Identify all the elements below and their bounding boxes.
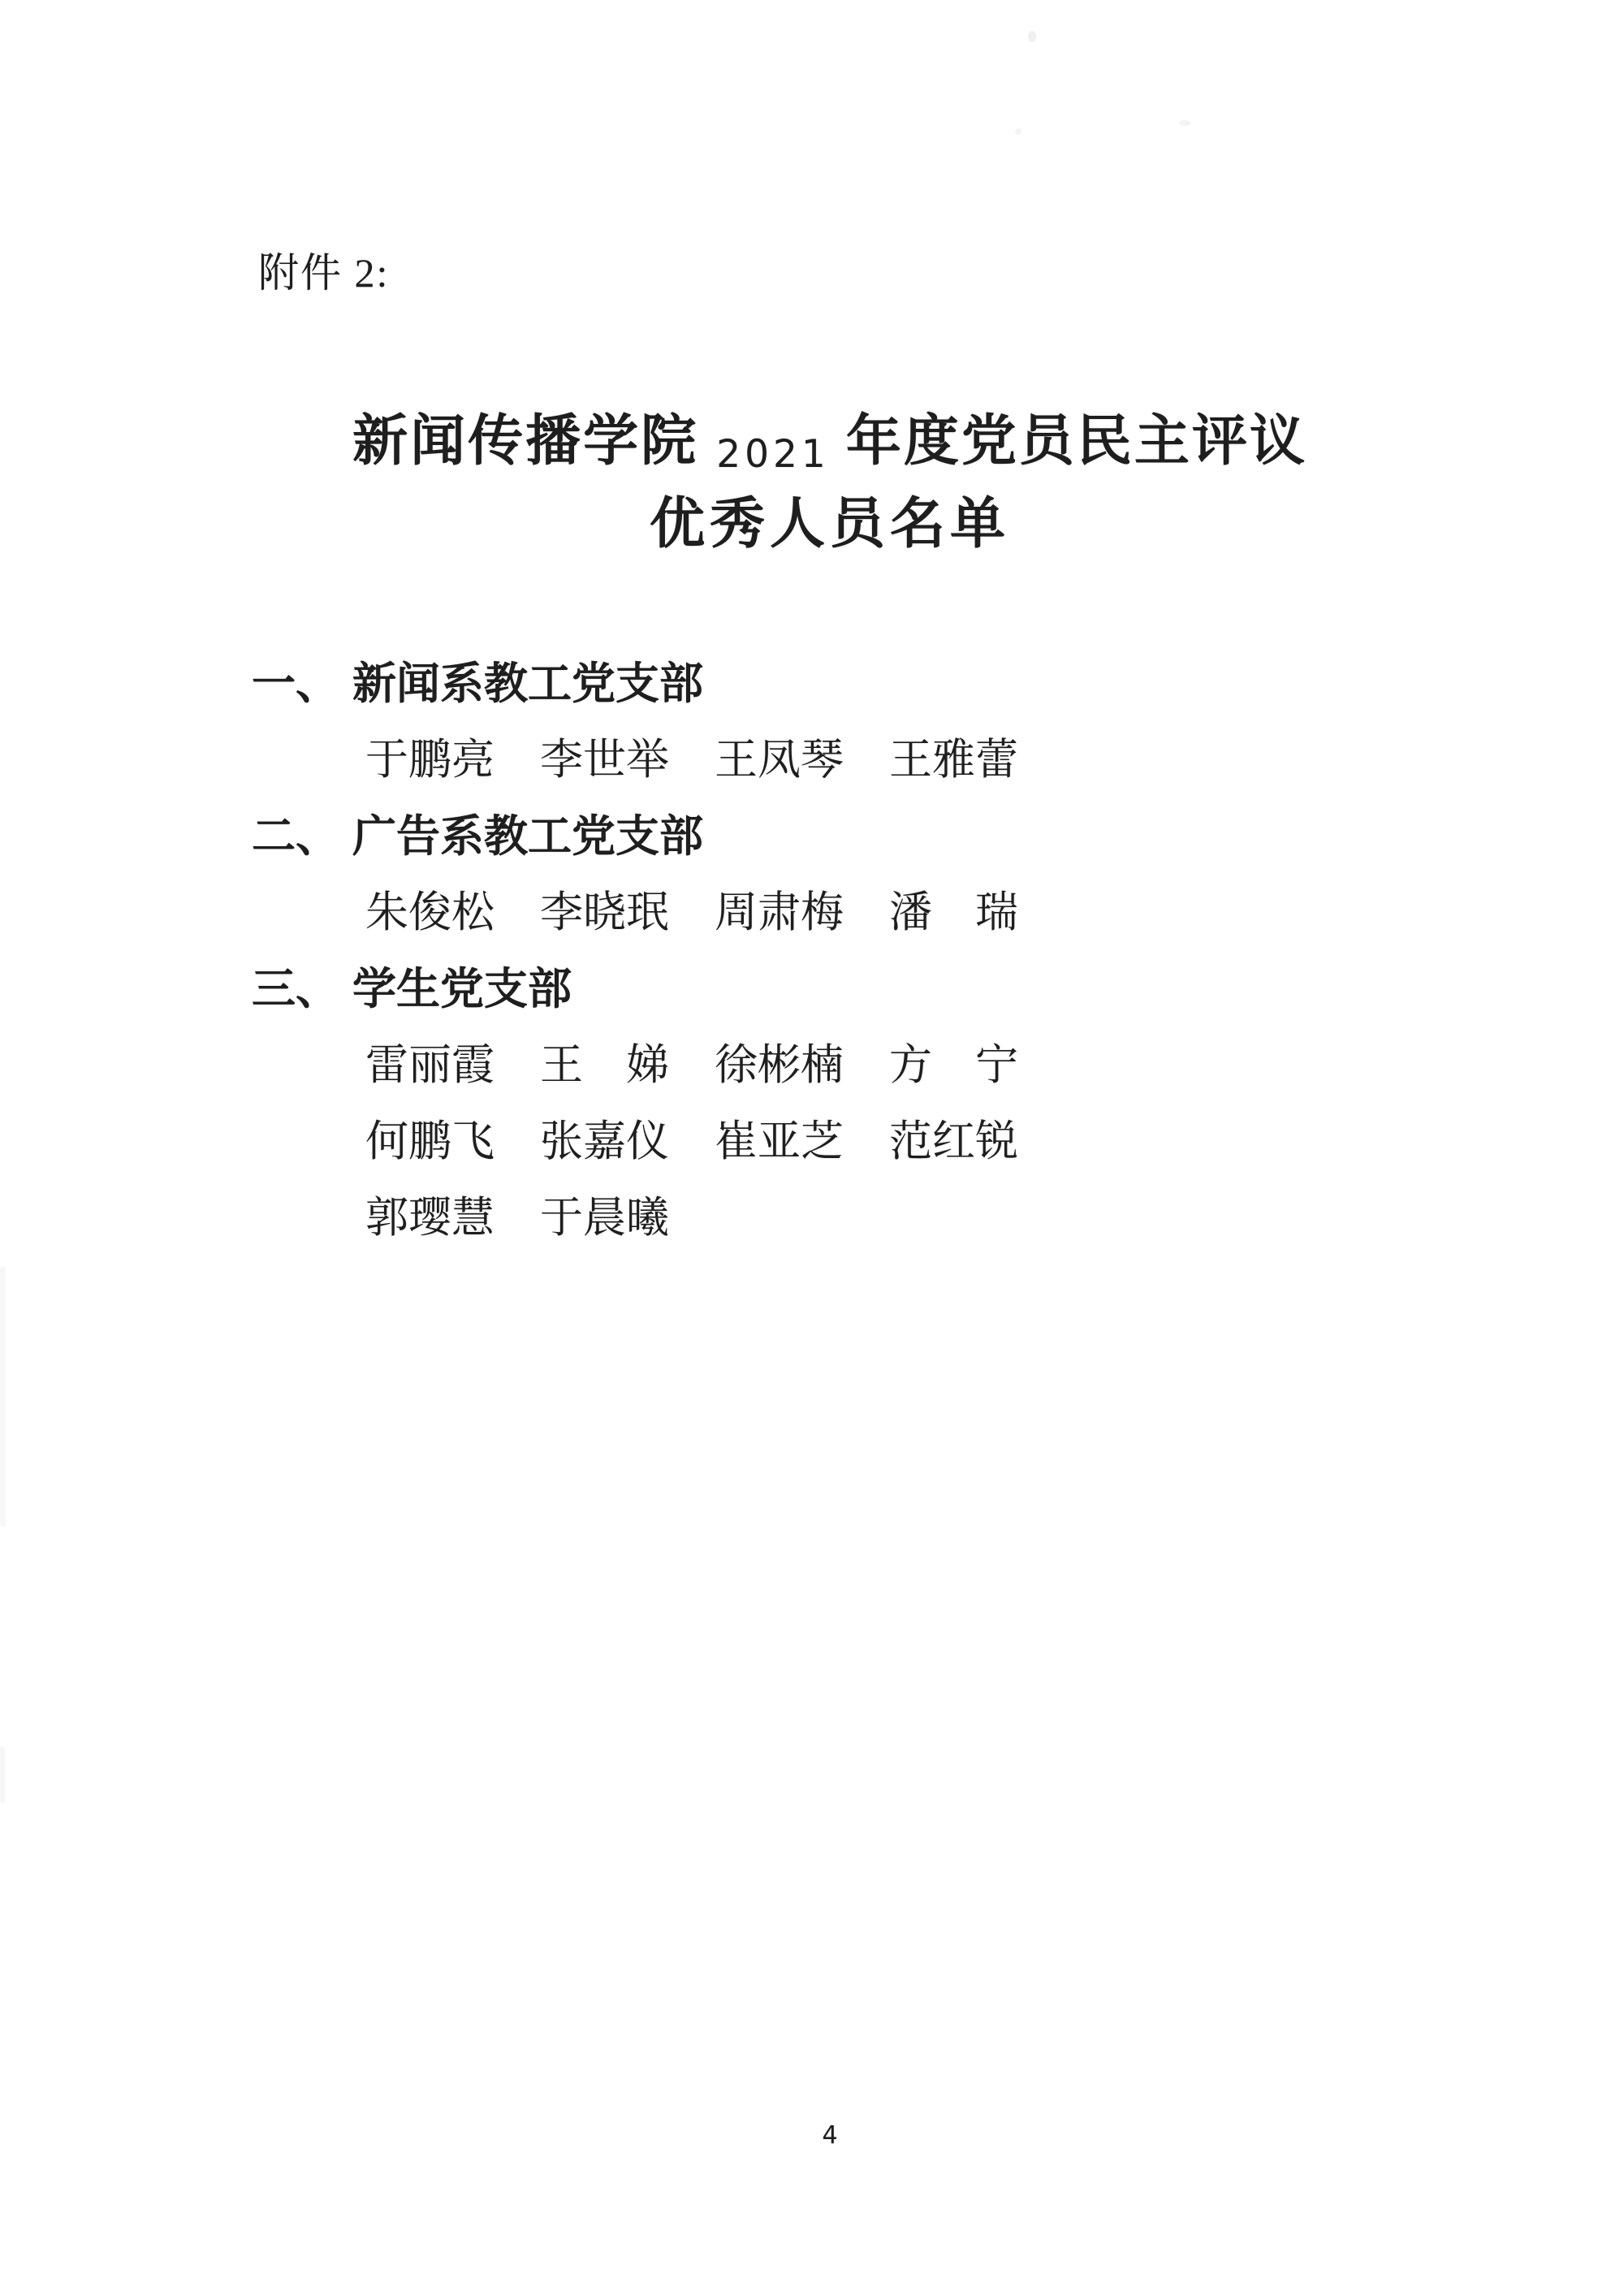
scan-artifact [1028, 31, 1036, 42]
person-name: 于晨曦 [540, 1180, 669, 1256]
person-name: 徐彬楠 [715, 1027, 889, 1104]
person-name: 方 宁 [889, 1027, 1018, 1104]
person-name: 张嘉仪 [540, 1104, 715, 1180]
scan-artifact [0, 1267, 6, 1527]
names-row: 何鹏飞张嘉仪崔亚芝范红锐 [252, 1104, 1470, 1180]
document-page: 附件 2: 新闻传播学院2021年度党员民主评议 优秀人员名单 一、新闻系教工党… [0, 0, 1624, 2295]
section-heading: 一、新闻系教工党支部 [252, 646, 1470, 722]
section-number: 一、 [252, 646, 339, 722]
section-title: 新闻系教工党支部 [352, 646, 703, 722]
person-name: 潘 瑞 [889, 875, 1018, 951]
title-line-1: 新闻传播学院2021年度党员民主评议 [36, 403, 1624, 486]
person-name: 周肃梅 [715, 875, 889, 951]
names-row: 雷丽霞王 娣徐彬楠方 宁 [252, 1027, 1470, 1104]
person-name: 雷丽霞 [365, 1027, 540, 1104]
section-news-faculty: 一、新闻系教工党支部 于鹏亮李世举王凤琴王雅蕾 [252, 646, 1470, 798]
attachment-label: 附件 2: [258, 240, 389, 299]
person-name: 王 娣 [540, 1027, 715, 1104]
section-advertising-faculty: 二、广告系教工党支部 朱俊松李晓珉周肃梅潘 瑞 [252, 798, 1470, 951]
names-row: 郭璎慧于晨曦 [252, 1180, 1470, 1256]
person-name: 何鹏飞 [365, 1104, 540, 1180]
scan-artifact [1015, 128, 1021, 135]
section-heading: 二、广告系教工党支部 [252, 798, 1470, 875]
section-number: 二、 [252, 798, 339, 875]
title-college: 新闻传播学院 [352, 410, 698, 472]
person-name: 范红锐 [889, 1104, 1018, 1180]
title-year: 2021 [716, 432, 830, 477]
section-title: 学生党支部 [352, 951, 572, 1027]
section-heading: 三、学生党支部 [252, 951, 1470, 1027]
person-name: 李晓珉 [540, 875, 715, 951]
scan-artifact [1179, 120, 1190, 126]
person-name: 李世举 [540, 722, 715, 798]
scan-artifact [0, 1746, 5, 1803]
page-number: 4 [0, 2121, 1624, 2150]
person-name: 王雅蕾 [889, 722, 1018, 798]
section-student-branch: 三、学生党支部 雷丽霞王 娣徐彬楠方 宁 何鹏飞张嘉仪崔亚芝范红锐 郭璎慧于晨曦 [252, 951, 1470, 1256]
person-name: 王凤琴 [715, 722, 889, 798]
document-title: 新闻传播学院2021年度党员民主评议 优秀人员名单 [0, 403, 1624, 563]
person-name: 崔亚芝 [715, 1104, 889, 1180]
title-line-2: 优秀人员名单 [36, 486, 1624, 563]
section-number: 三、 [252, 951, 339, 1027]
sections-list: 一、新闻系教工党支部 于鹏亮李世举王凤琴王雅蕾 二、广告系教工党支部 朱俊松李晓… [252, 646, 1470, 1256]
person-name: 郭璎慧 [365, 1180, 540, 1256]
section-title: 广告系教工党支部 [352, 798, 703, 875]
person-name: 朱俊松 [365, 875, 540, 951]
names-row: 朱俊松李晓珉周肃梅潘 瑞 [252, 875, 1470, 951]
title-rest: 年度党员民主评议 [846, 410, 1307, 472]
person-name: 于鹏亮 [365, 722, 540, 798]
names-row: 于鹏亮李世举王凤琴王雅蕾 [252, 722, 1470, 798]
